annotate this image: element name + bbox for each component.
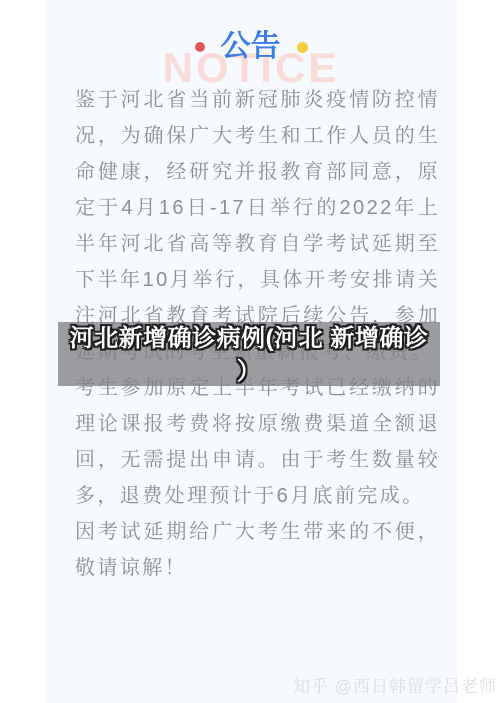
- red-dot-icon: [195, 42, 205, 52]
- yellow-dot-icon: [297, 42, 308, 53]
- announcement-badge: 公告: [221, 30, 281, 64]
- zhihu-watermark: 知乎 @西日韩留学吕老师: [293, 672, 497, 697]
- paragraph-refund: 考生参加原定上半年考试已经缴纳的理论课报考费将按原缴费渠道全额退回，无需提出申请…: [75, 370, 440, 514]
- overlay-title-line2: ）: [58, 355, 440, 388]
- announcement-card: NOTICE 公告 鉴于河北省当前新冠肺炎疫情防控情况，为确保广大考生和工作人员…: [45, 0, 457, 703]
- page-background: NOTICE 公告 鉴于河北省当前新冠肺炎疫情防控情况，为确保广大考生和工作人员…: [0, 0, 500, 703]
- badge-row: 公告: [45, 30, 457, 64]
- paragraph-apology: 因考试延期给广大考生带来的不便，敬请谅解！: [75, 514, 440, 586]
- overlay-title-line1: 河北新增确诊病例(河北 新增确诊: [58, 322, 440, 355]
- title-overlay-band: 河北新增确诊病例(河北 新增确诊 ）: [58, 322, 440, 386]
- announcement-header: NOTICE 公告: [45, 0, 457, 82]
